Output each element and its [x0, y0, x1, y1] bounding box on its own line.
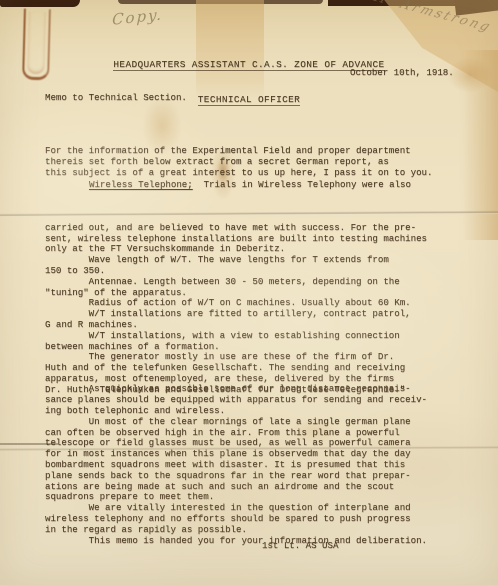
extract-heading-underlined: Wireless Telephone; — [89, 179, 193, 190]
typed-line: Un most of the clear mornings of late a … — [45, 417, 427, 428]
signature-block: 1st Lt. AS USA — [262, 541, 338, 552]
handwritten-copy-note: Copy. — [112, 5, 164, 29]
extract-heading-line: Wireless Telephone; Trials in Wireless T… — [45, 180, 427, 191]
typed-line: Antennae. Length between 30 - 50 meters,… — [45, 277, 427, 288]
typed-line: This memo is handed you for your informa… — [45, 536, 427, 547]
scanned-memo-page: Copy. E. H. Armstrong HEADQUARTERS ASSIS… — [0, 0, 498, 585]
handwritten-signature: E. H. Armstrong — [347, 0, 495, 35]
letterhead-line-1-text: HEADQUARTERS ASSISTANT C.A.S. ZONE OF AD… — [113, 59, 384, 71]
scan-edge-top-center — [118, 0, 323, 4]
typed-line: plane sends back to the squadrons far in… — [45, 471, 427, 482]
paragraph-conclusion: As quickly as possible some of our long … — [45, 352, 427, 546]
letterhead-line-2-text: TECHNICAL OFFICER — [198, 94, 300, 106]
scan-edge-top-left — [0, 0, 80, 7]
typed-line: carried out, and are believed to have me… — [45, 223, 427, 234]
salutation-line: Memo to Technical Section. — [45, 93, 187, 104]
typed-line: W/T installations, with a view to establ… — [45, 331, 427, 342]
typed-line: in the regard as rapidly as possible. — [45, 525, 427, 536]
date-line: October 10th, 1918. — [350, 68, 454, 79]
extract-heading-rest: Trials in Wireless Telephony were also — [193, 179, 411, 190]
